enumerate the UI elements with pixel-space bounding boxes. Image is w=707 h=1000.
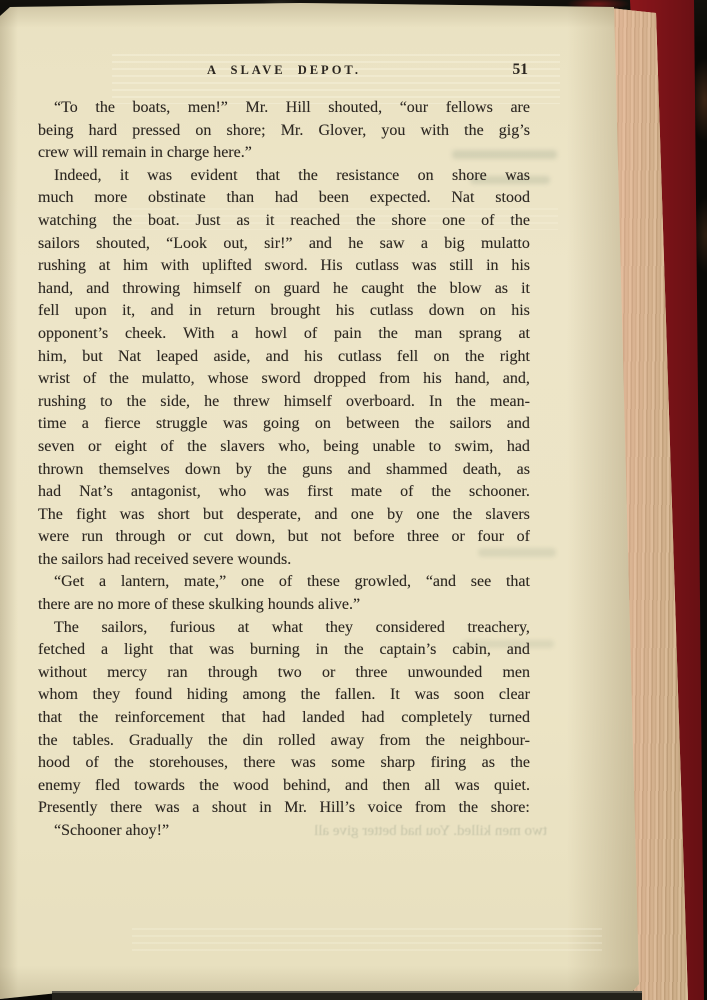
text-line: hoodofthestorehouses,therewassomesharpfi… <box>38 752 530 775</box>
text-line: timeafiercestrugglewasgoingonbetweenthes… <box>38 413 530 436</box>
text-line: rushingathimwithupliftedsword.Hiscutlass… <box>38 255 530 278</box>
book-photo: A SLAVE DEPOT. 51 “Totheboats,men!”Mr.Hi… <box>0 0 707 1000</box>
page-number: 51 <box>513 61 529 79</box>
show-through-text: two men killed. You had better give all <box>42 820 547 842</box>
text-line: wererunthroughorcutdown,butnotbeforethre… <box>38 526 530 549</box>
text-line: there are no more of these skulking houn… <box>38 594 530 617</box>
page-bottom-shadow <box>52 991 642 1000</box>
text-line: sevenoreightoftheslaverswho,beingunablet… <box>38 436 530 459</box>
text-line: “Totheboats,men!”Mr.Hillshouted,“ourfell… <box>38 97 530 120</box>
text-line: PresentlytherewasashoutinMr.Hill’svoicef… <box>38 797 530 820</box>
text-line: “Getalantern,mate,”oneofthesegrowled,“an… <box>38 571 530 594</box>
text-line: fetchedalightthatwasburninginthecaptain’… <box>38 639 530 662</box>
text-line: beinghardpressedonshore;Mr.Glover,youwit… <box>38 120 530 143</box>
text-line: whomtheyfoundhidingamongthefallen.Itwass… <box>38 684 530 707</box>
text-line: thetables.Graduallythedinrolledawayfromt… <box>38 730 530 753</box>
text-line: Indeed,itwasevidentthattheresistanceonsh… <box>38 165 530 188</box>
text-line: wristofthemulatto,whosesworddroppedfromh… <box>38 368 530 391</box>
text-line: watchingtheboat.Justasitreachedtheshoreo… <box>38 210 530 233</box>
text-line: thrownthemselvesdownbythegunsandshammedd… <box>38 459 530 482</box>
page-text: “Totheboats,men!”Mr.Hillshouted,“ourfell… <box>38 97 530 843</box>
text-line: enemyfledtowardsthewoodbehind,andthenall… <box>38 775 530 798</box>
text-line: felluponit,andinreturnbroughthiscutlassd… <box>38 300 530 323</box>
text-line: muchmoreobstinatethanhadbeenexpected.Nat… <box>38 187 530 210</box>
book-page: A SLAVE DEPOT. 51 “Totheboats,men!”Mr.Hi… <box>0 0 707 1000</box>
text-line: sailorsshouted,“Lookout,sir!”andhesawabi… <box>38 233 530 256</box>
text-line: him,butNatleapedaside,andhiscutlassfello… <box>38 346 530 369</box>
running-title: A SLAVE DEPOT. <box>38 63 530 78</box>
text-line: Thesailors,furiousatwhattheyconsideredtr… <box>38 617 530 640</box>
text-line: opponent’scheek.Withahowlofpainthemanspr… <box>38 323 530 346</box>
text-line: rushingtotheside,hethrewhimselfoverboard… <box>38 391 530 414</box>
page-header: A SLAVE DEPOT. 51 <box>38 63 530 83</box>
scan-banding <box>132 928 602 954</box>
text-line: the sailors had received severe wounds. <box>38 549 530 572</box>
text-line: Thefightwasshortbutdesperate,andonebyone… <box>38 504 530 527</box>
text-line: withoutmercyranthroughtwoorthreeunwounde… <box>38 662 530 685</box>
text-line: crew will remain in charge here.” <box>38 142 530 165</box>
text-line: hand,andthrowinghimselfonguardhecaughtth… <box>38 278 530 301</box>
text-line: thatthereinforcementthathadlandedhadcomp… <box>38 707 530 730</box>
text-line: hadNat’santagonist,whowasfirstmateofthes… <box>38 481 530 504</box>
